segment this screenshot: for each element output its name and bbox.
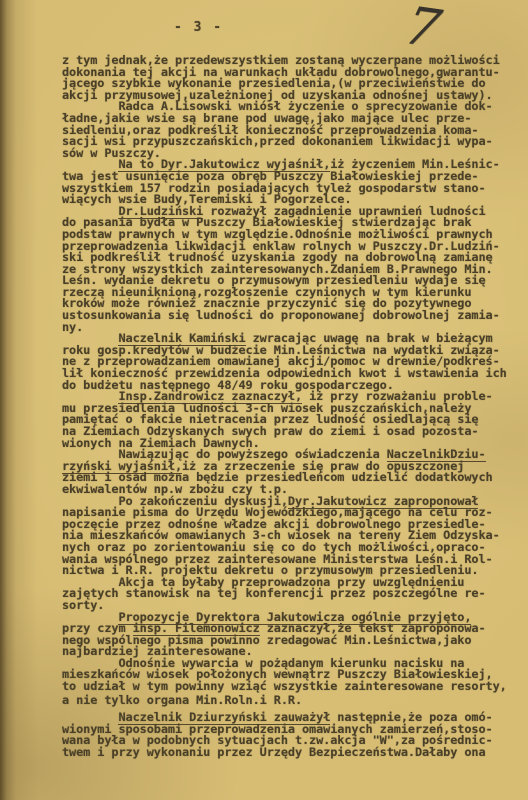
document-body: z tym jednak,że przedewszystkiem zostaną… [62,55,518,759]
text-line: ustosunkowania się ludności do proponowa… [62,310,518,322]
text-line: zajętych stanowisk na tej konferencji pr… [62,588,518,600]
text-segment: a nie tylko organa Min.Roln.i R.R. [62,693,302,707]
scanned-document-page: - 3 - 7 z tym jednak,że przedewszystkiem… [0,0,528,800]
page-number: - 3 - [174,21,223,35]
text-segment: twem i przy wykonaniu przez Urzędy Bezpi… [62,745,486,759]
text-line: to udział w tym powinny wziąć wszystkie … [62,681,518,693]
text-segment: to udział w tym powinny wziąć wszystkie … [62,679,507,693]
text-segment: zajętych stanowisk na tej konferencji pr… [62,586,486,600]
text-line: twem i przy wykonaniu przez Urzędy Bezpi… [62,747,518,759]
handwritten-page-mark: 7 [400,0,445,55]
text-line: a nie tylko organa Min.Roln.i R.R. [62,695,518,707]
text-segment: ustosunkowania się ludności do proponowa… [62,308,500,322]
